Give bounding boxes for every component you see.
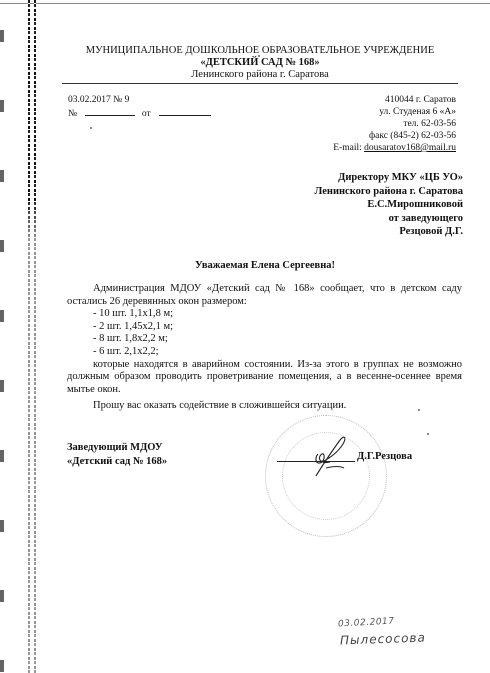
street-address: ул. Студеная 6 «А» [333,106,456,118]
contact-block: 410044 г. Саратов ул. Студеная 6 «А» тел… [333,94,456,154]
scanned-letter-page: МУНИЦИПАЛЬНОЕ ДОШКОЛЬНОЕ ОБРАЗОВАТЕЛЬНОЕ… [0,0,490,673]
date-blank [159,106,211,116]
window-item: - 8 шт. 1,8х2,2 м; [67,333,462,346]
handwritten-date: 03.02.2017 [338,617,395,630]
number-label: № [68,109,77,119]
signer-title: Заведующий МДОУ [67,441,167,455]
body-request: Прошу вас оказать содействие в сложившей… [67,400,462,413]
number-blank [85,106,135,116]
signer-organization: «Детский сад № 168» [67,455,167,469]
header-divider [62,83,458,84]
handwritten-note: 03.02.2017 Пылесосова [338,618,468,658]
sender-name: Резцовой Д.Г. [315,225,464,239]
date-number: 03.02.2017 № 9 [68,94,211,106]
scan-speck [90,127,92,129]
scan-speck [418,409,420,411]
signer-position: Заведующий МДОУ «Детский сад № 168» [67,441,167,469]
binding-holes-strip [28,0,36,673]
addressee-name: Е.С.Мирошниковой [315,198,464,212]
scan-speck [427,433,429,435]
incoming-reference-line: № от [68,106,211,120]
handwritten-name: Пылесосова [340,631,426,648]
letter-body: Администрация МДОУ «Детский сад № 168» с… [67,283,462,413]
email-label: E-mail: [333,143,362,153]
fax: факс (845-2) 62-03-56 [333,130,456,142]
window-item: - 2 шт. 1,45х2,1 м; [67,321,462,334]
body-intro: Администрация МДОУ «Детский сад № 168» с… [67,283,462,308]
body-condition: которые находятся в аварийном состоянии.… [67,359,462,397]
window-item: - 6 шт. 2,1х2,2; [67,346,462,359]
salutation: Уважаемая Елена Сергеевна! [60,260,470,271]
phone: тел. 62-03-56 [333,118,456,130]
addressee-position: Директору МКУ «ЦБ УО» [315,171,464,185]
addressee-block: Директору МКУ «ЦБ УО» Ленинского района … [315,171,464,239]
org-name-heading: «ДЕТСКИЙ САД № 168» [60,57,460,69]
scan-speck [258,55,260,57]
org-district: Ленинского района г. Саратова [60,69,460,81]
email-line: E-mail: dousaratov168@mail.ru [333,142,456,154]
outgoing-reference: 03.02.2017 № 9 № от [68,94,211,120]
sender-label: от заведующего [315,212,464,226]
scan-left-edge-marks [0,0,4,673]
email-link[interactable]: dousaratov168@mail.ru [364,143,456,153]
handwritten-signature-icon [300,432,360,482]
addressee-district: Ленинского района г. Саратова [315,185,464,199]
window-item: - 10 шт. 1,1х1,8 м; [67,308,462,321]
from-label: от [142,109,151,119]
scan-top-edge [0,3,490,4]
org-type-heading: МУНИЦИПАЛЬНОЕ ДОШКОЛЬНОЕ ОБРАЗОВАТЕЛЬНОЕ… [60,45,460,57]
signer-name: Д.Г.Резцова [357,451,412,462]
postal-address: 410044 г. Саратов [333,94,456,106]
